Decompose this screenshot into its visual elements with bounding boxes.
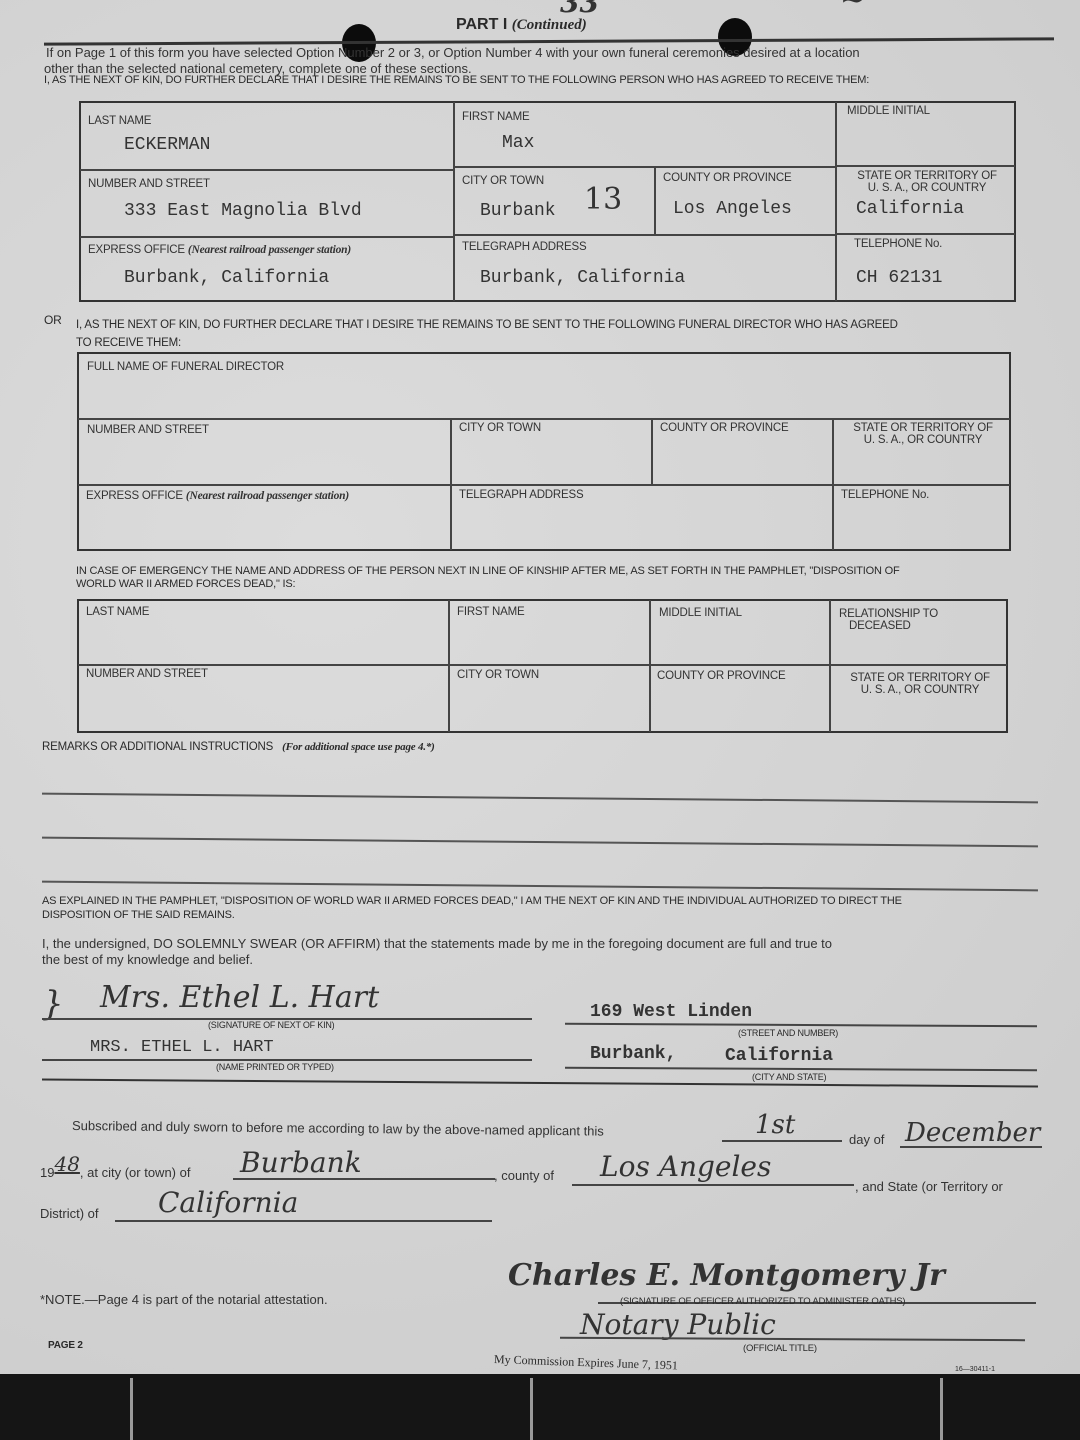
county-line	[572, 1184, 854, 1186]
printed-name: MRS. ETHEL L. HART	[90, 1038, 274, 1057]
sworn-county: Los Angeles	[600, 1150, 771, 1183]
background-rail-1	[130, 1378, 133, 1440]
label-director-state-line-1: STATE OR TERRITORY OF	[836, 422, 1010, 434]
label-emergency-middle-initial: MIDDLE INITIAL	[659, 607, 742, 619]
declaration-emergency-line-2: WORLD WAR II ARMED FORCES DEAD," IS:	[76, 578, 295, 590]
district-text: District) of	[40, 1206, 99, 1222]
pamphlet-line-1: AS EXPLAINED IN THE PAMPHLET, "DISPOSITI…	[42, 895, 902, 907]
section-divider	[42, 1079, 1038, 1088]
label-director-express-office-text: EXPRESS OFFICE	[86, 490, 183, 502]
signer-state: California	[725, 1046, 833, 1066]
value-telegraph: Burbank, California	[480, 268, 685, 288]
background-rail-3	[940, 1378, 943, 1440]
label-director-express-office-note: (Nearest railroad passenger station)	[186, 490, 349, 502]
officer-signature: Charles E. Montgomery Jr	[508, 1258, 945, 1293]
label-emergency-relationship: RELATIONSHIP TO DECEASED	[839, 608, 938, 632]
intro-line-1: If on Page 1 of this form you have selec…	[46, 45, 860, 61]
label-emergency-county-province: COUNTY OR PROVINCE	[657, 670, 785, 682]
city-state-line	[565, 1067, 1037, 1071]
label-emergency-state: STATE OR TERRITORY OF U. S. A., OR COUNT…	[833, 672, 1007, 696]
label-director-full-name: FULL NAME OF FUNERAL DIRECTOR	[87, 361, 284, 373]
signer-street: 169 West Linden	[590, 1002, 752, 1022]
label-state-line-1: STATE OR TERRITORY OF	[840, 170, 1014, 182]
sworn-city: Burbank	[240, 1146, 362, 1179]
form-number: 16—30411-1	[955, 1366, 995, 1373]
declaration-emergency-line-1: IN CASE OF EMERGENCY THE NAME AND ADDRES…	[76, 565, 899, 577]
document-page: 33 ~ PART I (Continued) If on Page 1 of …	[0, 0, 1080, 1374]
label-director-city-town: CITY OR TOWN	[459, 422, 541, 434]
funeral-director-box	[77, 352, 1011, 551]
declaration-person: I, AS THE NEXT OF KIN, DO FURTHER DECLAR…	[44, 74, 869, 86]
street-caption: (STREET AND NUMBER)	[738, 1028, 838, 1038]
label-emergency-city-town: CITY OR TOWN	[457, 669, 539, 681]
signer-city: Burbank,	[590, 1044, 676, 1064]
remarks-line-2[interactable]	[42, 837, 1038, 847]
part-title: PART I	[456, 16, 507, 33]
signature-caption: (SIGNATURE OF NEXT OF KIN)	[208, 1020, 334, 1030]
year-suffix: 48	[54, 1152, 79, 1176]
label-express-office: EXPRESS OFFICE (Nearest railroad passeng…	[88, 244, 351, 256]
declaration-director-line-1: I, AS THE NEXT OF KIN, DO FURTHER DECLAR…	[76, 319, 898, 331]
label-middle-initial: MIDDLE INITIAL	[847, 105, 930, 117]
state-text: , and State (or Territory or	[855, 1179, 1003, 1195]
signature-next-of-kin: Mrs. Ethel L. Hart	[100, 980, 379, 1015]
footer-note: *NOTE.—Page 4 is part of the notarial at…	[40, 1292, 328, 1308]
label-director-express-office: EXPRESS OFFICE (Nearest railroad passeng…	[86, 490, 349, 502]
label-director-state-line-2: U. S. A., OR COUNTRY	[836, 434, 1010, 446]
remarks-label-text: REMARKS OR ADDITIONAL INSTRUCTIONS	[42, 741, 273, 753]
label-emergency-last-name: LAST NAME	[86, 606, 149, 618]
label-relationship-line-2: DECEASED	[839, 620, 938, 632]
printed-name-line	[42, 1059, 532, 1061]
value-express-office: Burbank, California	[124, 268, 329, 288]
remarks-label: REMARKS OR ADDITIONAL INSTRUCTIONS (For …	[42, 741, 435, 753]
label-state: STATE OR TERRITORY OF U. S. A., OR COUNT…	[840, 170, 1014, 194]
or-label: OR	[44, 313, 62, 327]
value-telephone: CH 62131	[856, 268, 942, 288]
label-relationship-line-1: RELATIONSHIP TO	[839, 608, 938, 620]
value-state: California	[856, 199, 964, 219]
oath-line-1: I, the undersigned, DO SOLEMNLY SWEAR (O…	[42, 936, 832, 952]
street-line	[565, 1023, 1037, 1027]
sworn-month: December	[905, 1118, 1040, 1148]
label-telephone: TELEPHONE No.	[854, 238, 942, 250]
value-city-town: Burbank	[480, 201, 556, 221]
background-rail-2	[530, 1378, 533, 1440]
label-emergency-state-line-1: STATE OR TERRITORY OF	[833, 672, 1007, 684]
commission-expiry: My Commission Expires June 7, 1951	[494, 1352, 678, 1373]
label-express-office-note: (Nearest railroad passenger station)	[188, 244, 351, 256]
label-first-name: FIRST NAME	[462, 111, 529, 123]
city-state-caption: (CITY AND STATE)	[752, 1072, 826, 1082]
declaration-director-line-2: TO RECEIVE THEM:	[76, 337, 181, 349]
label-director-telephone: TELEPHONE No.	[841, 489, 929, 501]
label-telegraph: TELEGRAPH ADDRESS	[462, 241, 586, 253]
sworn-text: Subscribed and duly sworn to before me a…	[72, 1118, 604, 1140]
day-line	[722, 1140, 842, 1142]
county-text: , county of	[494, 1168, 554, 1184]
year-line: 1948, at city (or town) of	[40, 1162, 190, 1181]
district-line	[115, 1220, 492, 1222]
label-number-street: NUMBER AND STREET	[88, 178, 210, 190]
label-county-province: COUNTY OR PROVINCE	[663, 172, 791, 184]
value-county-province: Los Angeles	[673, 199, 792, 219]
sworn-day: 1st	[755, 1110, 795, 1140]
value-last-name: ECKERMAN	[124, 135, 210, 155]
label-director-county-province: COUNTY OR PROVINCE	[660, 422, 788, 434]
part-subtitle: (Continued)	[512, 17, 587, 33]
day-of-text: day of	[849, 1132, 884, 1148]
dark-background	[0, 1374, 1080, 1440]
label-emergency-state-line-2: U. S. A., OR COUNTRY	[833, 684, 1007, 696]
sworn-state: California	[158, 1186, 298, 1219]
label-emergency-number-street: NUMBER AND STREET	[86, 668, 208, 680]
header-rule	[44, 37, 1054, 45]
remarks-note: (For additional space use page 4.*)	[282, 741, 435, 753]
label-state-line-2: U. S. A., OR COUNTRY	[840, 182, 1014, 194]
label-director-telegraph: TELEGRAPH ADDRESS	[459, 489, 583, 501]
pamphlet-line-2: DISPOSITION OF THE SAID REMAINS.	[42, 909, 235, 921]
handwritten-city-annotation: 13	[584, 182, 622, 217]
label-director-number-street: NUMBER AND STREET	[87, 424, 209, 436]
handwritten-scribble-right: ~	[840, 0, 865, 17]
page-title: PART I (Continued)	[456, 16, 587, 34]
label-city-town: CITY OR TOWN	[462, 175, 544, 187]
label-express-office-text: EXPRESS OFFICE	[88, 244, 185, 256]
page-number: PAGE 2	[48, 1340, 83, 1351]
oath-line-2: the best of my knowledge and belief.	[42, 952, 253, 968]
label-last-name: LAST NAME	[88, 115, 151, 127]
value-number-street: 333 East Magnolia Blvd	[124, 201, 362, 221]
label-emergency-first-name: FIRST NAME	[457, 606, 524, 618]
remarks-line-3[interactable]	[42, 881, 1038, 891]
value-first-name: Max	[502, 133, 534, 153]
officer-caption: (SIGNATURE OF OFFICER AUTHORIZED TO ADMI…	[620, 1296, 905, 1307]
year-prefix: 19	[40, 1165, 54, 1180]
printed-name-caption: (NAME PRINTED OR TYPED)	[216, 1062, 334, 1072]
label-director-state: STATE OR TERRITORY OF U. S. A., OR COUNT…	[836, 422, 1010, 446]
remarks-line-1[interactable]	[42, 793, 1038, 803]
city-text: , at city (or town) of	[80, 1165, 191, 1180]
official-title-caption: (OFFICIAL TITLE)	[743, 1343, 817, 1354]
